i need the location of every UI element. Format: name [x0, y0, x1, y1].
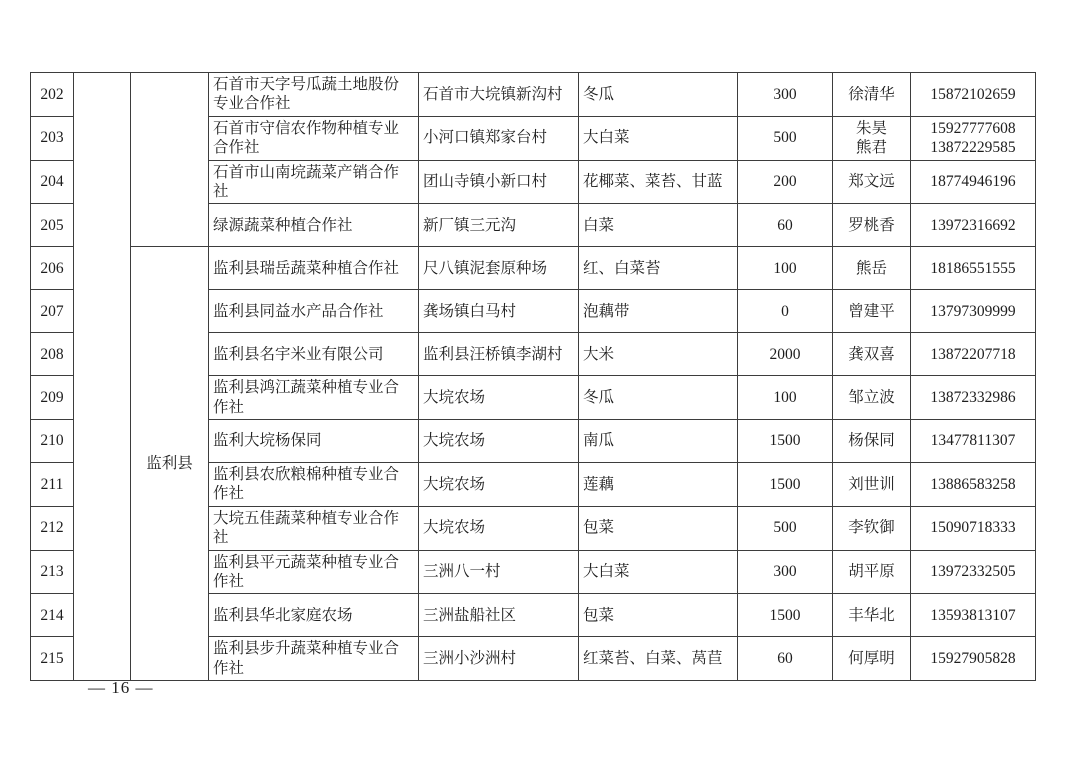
contact-name: 李钦御	[833, 506, 911, 550]
quantity: 100	[738, 247, 833, 290]
quantity: 1500	[738, 463, 833, 507]
quantity: 1500	[738, 420, 833, 463]
contact-name: 何厚明	[833, 637, 911, 681]
contact-name: 龚双喜	[833, 333, 911, 376]
row-number: 210	[31, 420, 74, 463]
quantity: 60	[738, 204, 833, 247]
cooperative-name: 监利县平元蔬菜种植专业合作社	[209, 550, 419, 594]
cooperative-name: 监利县名宇米业有限公司	[209, 333, 419, 376]
phone-number: 15090718333	[911, 506, 1036, 550]
phone-number: 13593813107	[911, 594, 1036, 637]
phone-number: 13872207718	[911, 333, 1036, 376]
row-number: 207	[31, 290, 74, 333]
document-page: 202 石首市天字号瓜蔬土地股份专业合作社 石首市大垸镇新沟村 冬瓜 300 徐…	[0, 0, 1080, 764]
row-number: 211	[31, 463, 74, 507]
product: 莲藕	[579, 463, 738, 507]
county-merged-cell-upper	[131, 73, 209, 247]
product: 冬瓜	[579, 73, 738, 117]
location-village: 龚场镇白马村	[419, 290, 579, 333]
phone-number: 15872102659	[911, 73, 1036, 117]
contact-name: 朱昊 熊君	[833, 116, 911, 160]
product: 花椰菜、菜苔、甘蓝	[579, 160, 738, 204]
cooperative-name: 监利县瑞岳蔬菜种植合作社	[209, 247, 419, 290]
phone-number: 13972332505	[911, 550, 1036, 594]
quantity: 500	[738, 506, 833, 550]
table-row: 202 石首市天字号瓜蔬土地股份专业合作社 石首市大垸镇新沟村 冬瓜 300 徐…	[31, 73, 1036, 117]
product: 包菜	[579, 506, 738, 550]
cooperative-name: 大垸五佳蔬菜种植专业合作社	[209, 506, 419, 550]
product: 泡藕带	[579, 290, 738, 333]
product: 大白菜	[579, 116, 738, 160]
county-merged-cell-lower: 监利县	[131, 247, 209, 681]
contact-name: 丰华北	[833, 594, 911, 637]
quantity: 200	[738, 160, 833, 204]
row-number: 206	[31, 247, 74, 290]
location-village: 团山寺镇小新口村	[419, 160, 579, 204]
contact-name: 徐清华	[833, 73, 911, 117]
phone-number: 18774946196	[911, 160, 1036, 204]
location-village: 三洲盐船社区	[419, 594, 579, 637]
phone-number: 15927905828	[911, 637, 1036, 681]
table-row: 206 监利县 监利县瑞岳蔬菜种植合作社 尺八镇泥套原种场 红、白菜苔 100 …	[31, 247, 1036, 290]
quantity: 300	[738, 550, 833, 594]
roster-table: 202 石首市天字号瓜蔬土地股份专业合作社 石首市大垸镇新沟村 冬瓜 300 徐…	[30, 72, 1036, 681]
product: 南瓜	[579, 420, 738, 463]
row-number: 203	[31, 116, 74, 160]
cooperative-name: 监利县同益水产品合作社	[209, 290, 419, 333]
location-village: 小河口镇郑家台村	[419, 116, 579, 160]
product: 包菜	[579, 594, 738, 637]
product: 大米	[579, 333, 738, 376]
contact-name: 胡平原	[833, 550, 911, 594]
cooperative-name: 监利县步升蔬菜种植专业合作社	[209, 637, 419, 681]
phone-number: 13886583258	[911, 463, 1036, 507]
location-village: 尺八镇泥套原种场	[419, 247, 579, 290]
cooperative-name: 绿源蔬菜种植合作社	[209, 204, 419, 247]
page-number: — 16 —	[88, 678, 154, 698]
cooperative-name: 监利大垸杨保同	[209, 420, 419, 463]
row-number: 213	[31, 550, 74, 594]
phone-number: 13972316692	[911, 204, 1036, 247]
phone-number: 13477811307	[911, 420, 1036, 463]
product: 大白菜	[579, 550, 738, 594]
contact-name: 刘世训	[833, 463, 911, 507]
contact-name: 熊岳	[833, 247, 911, 290]
location-village: 石首市大垸镇新沟村	[419, 73, 579, 117]
cooperative-name: 监利县鸿江蔬菜种植专业合作社	[209, 376, 419, 420]
row-number: 202	[31, 73, 74, 117]
product: 红、白菜苔	[579, 247, 738, 290]
phone-number: 15927777608 13872229585	[911, 116, 1036, 160]
cooperative-name: 监利县农欣粮棉种植专业合作社	[209, 463, 419, 507]
row-number: 205	[31, 204, 74, 247]
contact-name: 杨保同	[833, 420, 911, 463]
location-village: 三洲小沙洲村	[419, 637, 579, 681]
row-number: 215	[31, 637, 74, 681]
product: 冬瓜	[579, 376, 738, 420]
location-village: 监利县汪桥镇李湖村	[419, 333, 579, 376]
location-village: 新厂镇三元沟	[419, 204, 579, 247]
row-number: 212	[31, 506, 74, 550]
quantity: 0	[738, 290, 833, 333]
phone-number: 13797309999	[911, 290, 1036, 333]
row-number: 204	[31, 160, 74, 204]
location-village: 三洲八一村	[419, 550, 579, 594]
quantity: 1500	[738, 594, 833, 637]
quantity: 60	[738, 637, 833, 681]
city-merged-cell	[74, 73, 131, 681]
cooperative-name: 监利县华北家庭农场	[209, 594, 419, 637]
location-village: 大垸农场	[419, 376, 579, 420]
product: 红菜苔、白菜、莴苣	[579, 637, 738, 681]
phone-number: 18186551555	[911, 247, 1036, 290]
cooperative-name: 石首市山南垸蔬菜产销合作社	[209, 160, 419, 204]
quantity: 100	[738, 376, 833, 420]
contact-name: 郑文远	[833, 160, 911, 204]
contact-name: 邹立波	[833, 376, 911, 420]
phone-number: 13872332986	[911, 376, 1036, 420]
location-village: 大垸农场	[419, 506, 579, 550]
contact-name: 曾建平	[833, 290, 911, 333]
row-number: 209	[31, 376, 74, 420]
quantity: 500	[738, 116, 833, 160]
cooperative-name: 石首市守信农作物种植专业合作社	[209, 116, 419, 160]
row-number: 214	[31, 594, 74, 637]
location-village: 大垸农场	[419, 463, 579, 507]
location-village: 大垸农场	[419, 420, 579, 463]
row-number: 208	[31, 333, 74, 376]
cooperative-name: 石首市天字号瓜蔬土地股份专业合作社	[209, 73, 419, 117]
quantity: 2000	[738, 333, 833, 376]
contact-name: 罗桃香	[833, 204, 911, 247]
quantity: 300	[738, 73, 833, 117]
product: 白菜	[579, 204, 738, 247]
